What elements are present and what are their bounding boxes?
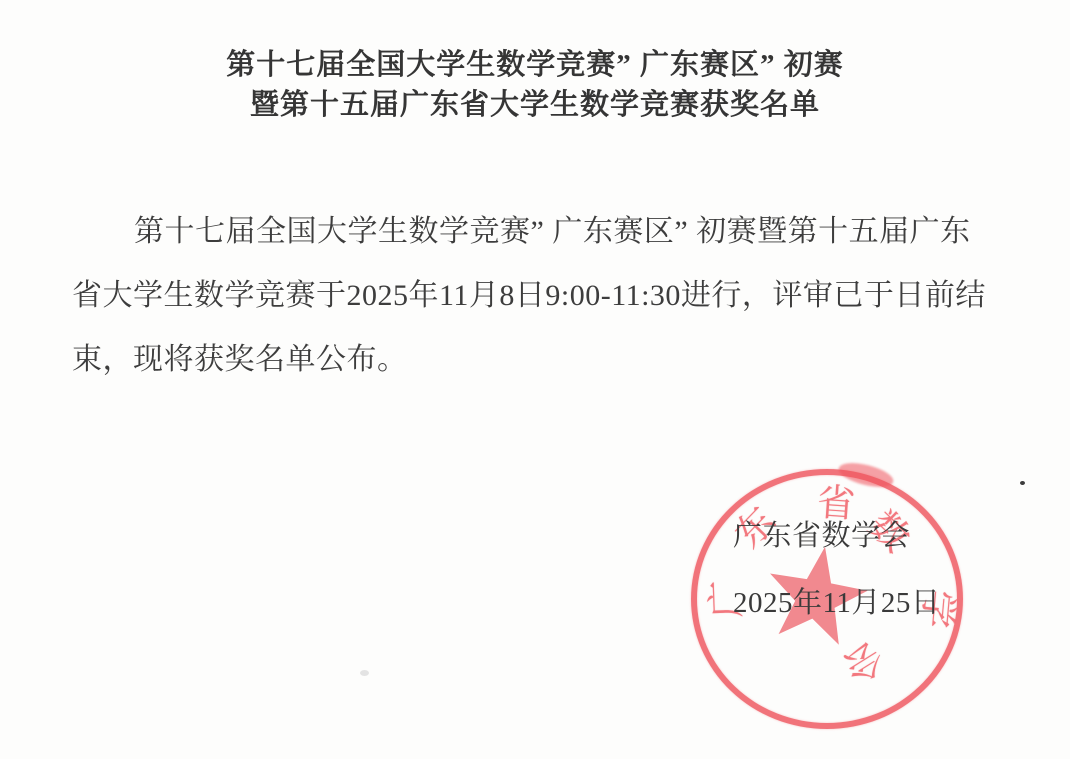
signature-block: 广东省数学会 2025年11月25日: [733, 503, 940, 637]
document-title: 第十七届全国大学生数学竞赛” 广东赛区” 初赛 暨第十五届广东省大学生数学竞赛获…: [0, 45, 1070, 125]
paragraph-line-3: 束，现将获奖名单公布。: [72, 328, 962, 392]
signature-organization: 广东省数学会: [733, 503, 940, 570]
paragraph-line-2: 省大学生数学竞赛于2025年11月8日9:00-11:30进行，评审已于日前结: [72, 264, 962, 328]
paragraph-line-1: 第十七届全国大学生数学竞赛” 广东赛区” 初赛暨第十五届广东: [72, 200, 962, 264]
title-line-1: 第十七届全国大学生数学竞赛” 广东赛区” 初赛: [0, 45, 1070, 85]
title-line-2: 暨第十五届广东省大学生数学竞赛获奖名单: [0, 85, 1070, 125]
signature-date: 2025年11月25日: [733, 570, 940, 637]
scan-speck: [1020, 481, 1025, 485]
announcement-paragraph: 第十七届全国大学生数学竞赛” 广东赛区” 初赛暨第十五届广东 省大学生数学竞赛于…: [72, 200, 962, 392]
document-page: 第十七届全国大学生数学竞赛” 广东赛区” 初赛 暨第十五届广东省大学生数学竞赛获…: [0, 0, 1070, 759]
scan-speck: [360, 670, 369, 676]
